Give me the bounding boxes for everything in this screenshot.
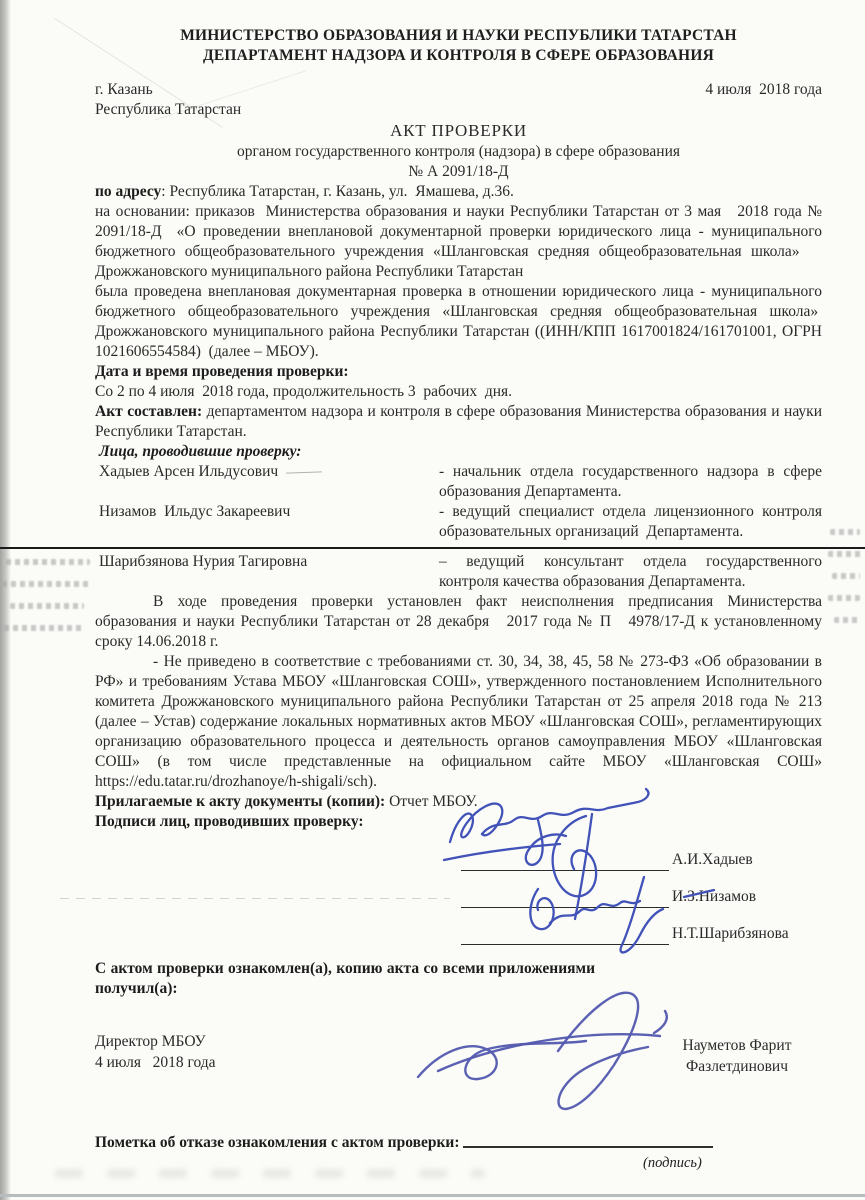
findings-paragraph-1: В ходе проведения проверки установлен фа… [95, 592, 822, 652]
signature-row: Н.Т.Шарибзянова [95, 908, 822, 945]
scan-seam-line [0, 547, 865, 549]
inspectors-heading: Лица, проводившие проверку: [95, 442, 822, 462]
signer-name: И.З.Низамов [669, 886, 822, 908]
bleedthrough-right [834, 617, 860, 623]
attachments-line: Прилагаемые к акту документы (копии): От… [95, 792, 822, 812]
scanned-document-page: МИНИСТЕРСТВО ОБРАЗОВАНИЯ И НАУКИ РЕСПУБЛ… [0, 0, 865, 1200]
inspector-row: Низамов Ильдус Закареевич - ведущий спец… [95, 502, 822, 542]
ministry-header-line1: МИНИСТЕРСТВО ОБРАЗОВАНИЯ И НАУКИ РЕСПУБЛ… [95, 26, 822, 46]
inspector-name: Шарибзянова Нурия Тагировна [95, 552, 439, 592]
pen-mark [286, 471, 322, 473]
director-title: Директор МБОУ [95, 1031, 325, 1052]
document-subtitle: органом государственного контроля (надзо… [95, 142, 822, 162]
bleedthrough-right [828, 595, 860, 601]
composed-label: Акт составлен: [95, 403, 202, 420]
refusal-caption: (подпись) [643, 1153, 822, 1173]
inspector-row: Шарибзянова Нурия Тагировна – ведущий ко… [95, 552, 822, 592]
composed-paragraph: Акт составлен: департаментом надзора и к… [95, 402, 822, 442]
refusal-line: Пометка об отказе ознакомления с актом п… [95, 1133, 822, 1173]
signature-line [461, 835, 669, 871]
scan-edge-shadow [0, 0, 11, 1200]
inspector-name: Хадыев Арсен Ильдусович [95, 462, 439, 502]
document-date: 4 июля 2018 года [705, 80, 822, 120]
refusal-blank-line [463, 1146, 713, 1148]
ministry-header-line2: ДЕПАРТАМЕНТ НАДЗОРА И КОНТРОЛЯ В СФЕРЕ О… [95, 46, 822, 66]
signature-row: И.З.Низамов [95, 871, 822, 908]
bleedthrough-left [6, 559, 90, 565]
signature-line [461, 909, 669, 945]
composed-text: департаментом надзора и контроля в сфере… [95, 403, 822, 440]
place-city: г. Казань [95, 80, 241, 100]
bleedthrough-left [4, 625, 84, 631]
inspector-role: - ведущий специалист отдела лицензионног… [439, 502, 822, 542]
ministry-header: МИНИСТЕРСТВО ОБРАЗОВАНИЯ И НАУКИ РЕСПУБЛ… [95, 26, 822, 66]
signatures-block: А.И.Хадыев И.З.Низамов Н.Т.Шарибзяно [95, 834, 822, 945]
address-label: по адресу [95, 183, 161, 200]
acknowledgement-text: С актом проверки ознакомлен(а), копию ак… [95, 959, 595, 999]
signature-row: А.И.Хадыев [95, 834, 822, 871]
inspector-name: Низамов Ильдус Закареевич [95, 502, 439, 542]
duration-label: Дата и время проведения проверки: [95, 362, 822, 382]
document-content: МИНИСТЕРСТВО ОБРАЗОВАНИЯ И НАУКИ РЕСПУБЛ… [95, 26, 822, 1173]
document-title: АКТ ПРОВЕРКИ [95, 120, 822, 142]
address-line: по адресу: Республика Татарстан, г. Каза… [95, 182, 822, 202]
findings-paragraph-2: - Не приведено в соответствие с требован… [95, 652, 822, 792]
conducted-paragraph: была проведена внеплановая документарная… [95, 282, 822, 362]
attachments-label: Прилагаемые к акту документы (копии): [95, 793, 385, 810]
inspector-row: Хадыев Арсен Ильдусович - начальник отде… [95, 462, 822, 502]
signature-naumetov [410, 981, 670, 1121]
bleedthrough-left [10, 603, 84, 609]
director-name: Науметов Фарит Фазлетдинович [652, 1009, 822, 1117]
signer-name: Н.Т.Шарибзянова [669, 923, 822, 945]
basis-paragraph: на основании: приказов Министерства обра… [95, 202, 822, 282]
bleedthrough-right [832, 573, 860, 579]
place-date-row: г. Казань Республика Татарстан 4 июля 20… [95, 80, 822, 120]
director-block: Директор МБОУ 4 июля 2018 года [95, 1009, 325, 1117]
scan-edge-bottom [0, 1194, 865, 1197]
place-region: Республика Татарстан [95, 100, 241, 120]
signer-name: А.И.Хадыев [669, 849, 822, 871]
address-value: : Республика Татарстан, г. Казань, ул. Я… [161, 183, 514, 200]
bleedthrough-right [830, 529, 860, 535]
director-row: Директор МБОУ 4 июля 2018 года Науметов … [95, 1009, 822, 1117]
signature-line [461, 872, 669, 908]
director-date: 4 июля 2018 года [95, 1052, 325, 1073]
document-number: № А 2091/18-Д [95, 162, 822, 182]
inspector-role: - начальник отдела государственного надз… [439, 462, 822, 502]
refusal-label: Пометка об отказе ознакомления с актом п… [95, 1134, 460, 1151]
inspector-role: – ведущий консультант отдела государстве… [439, 552, 822, 592]
place-block: г. Казань Республика Татарстан [95, 80, 241, 120]
attachments-value: Отчет МБОУ. [385, 793, 477, 810]
document-title-block: АКТ ПРОВЕРКИ органом государственного ко… [95, 120, 822, 182]
bleedthrough-left [2, 581, 90, 587]
duration-text: Со 2 по 4 июля 2018 года, продолжительно… [95, 382, 822, 402]
signatures-heading: Подписи лиц, проводивших проверку: [95, 812, 822, 832]
bleedthrough-right [828, 551, 862, 557]
